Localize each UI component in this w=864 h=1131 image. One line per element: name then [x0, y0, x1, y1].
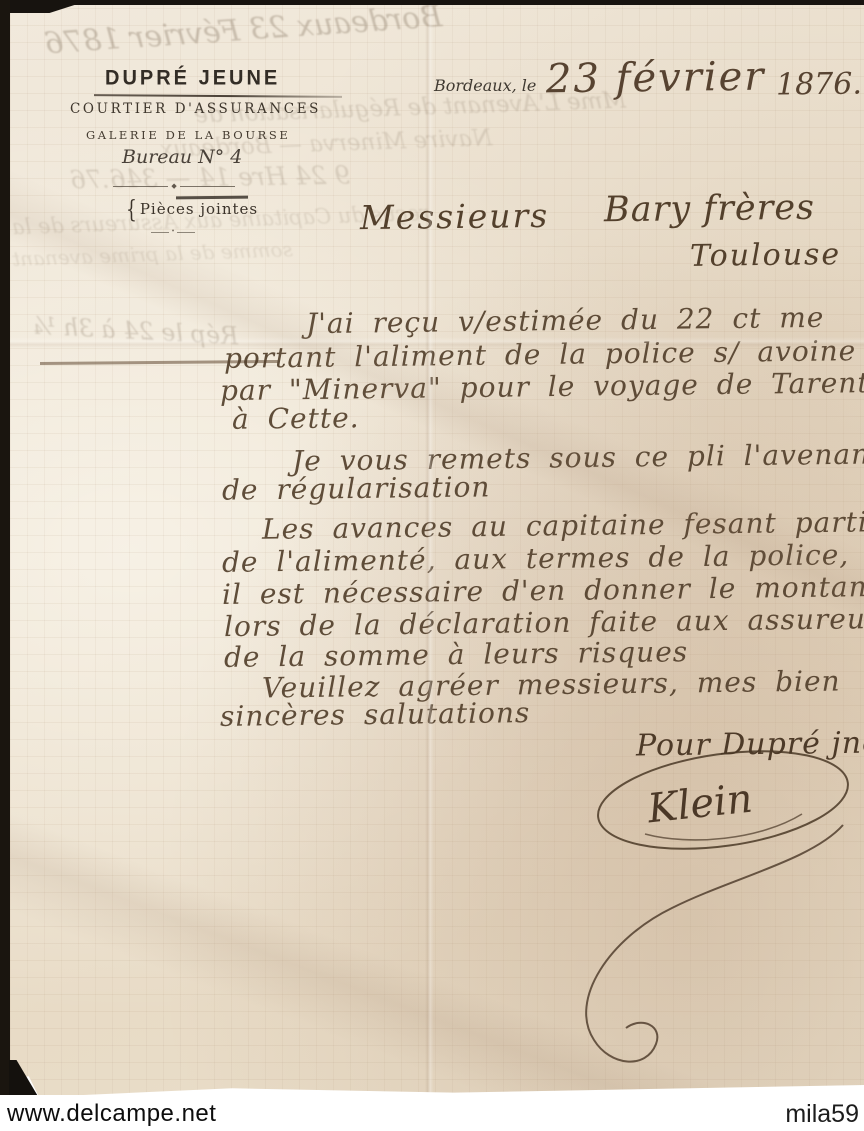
- delcampe-watermark: www.delcampe.net: [7, 1100, 216, 1128]
- body-line: Je vous remets sous ce pli l'avenant: [292, 437, 864, 477]
- letterhead-rule: [94, 94, 342, 98]
- signature-block: Pour Dupré jne Klein: [10, 5, 864, 1097]
- bleedthrough-line: Mme L'Avenant de Régularisation de: [194, 87, 627, 128]
- recipient-salutation: Messieurs: [360, 196, 550, 237]
- body-line: sincères salutations: [220, 696, 531, 733]
- letterhead: DUPRÉ JEUNE COURTIER D'ASSURANCES GALERI…: [10, 5, 864, 1097]
- body-line: de l'alimenté, aux termes de la police,: [222, 538, 850, 579]
- signature-pour-line: Pour Dupré jne: [636, 726, 864, 764]
- scan-edge-top: [0, 0, 864, 5]
- letterhead-ornament: ◆: [113, 184, 235, 189]
- seller-watermark: mila59: [785, 1100, 859, 1129]
- bleedthrough-date: Bordeaux 23 Février 1876: [43, 0, 443, 62]
- letterhead-attachments: {Pièces jointes: [126, 199, 258, 219]
- recipient-block: Messieurs Bary frères Toulouse: [10, 5, 864, 1097]
- signature-name: Klein: [645, 776, 755, 833]
- printed-place-label: Bordeaux, le: [434, 76, 536, 95]
- bleedthrough-margin-note: Rép le 24 à 3h ¼: [31, 312, 239, 351]
- scan-edge-left: [0, 0, 10, 1098]
- letter-paper: Bordeaux 23 Février 1876 Mme L'Avenant d…: [10, 5, 864, 1097]
- body-line: de régularisation: [222, 470, 491, 506]
- letterhead-title: COURTIER D'ASSURANCES: [70, 101, 321, 117]
- body-line: lors de la déclaration faite aux assureu…: [224, 602, 864, 643]
- body-line: de la somme à leurs risques: [224, 635, 689, 674]
- body-line: J'ai reçu v/estimée du 22 ct me: [306, 301, 825, 340]
- signature-flourish: Klein: [550, 738, 864, 1094]
- body-line: Veuillez agréer messieurs, mes bien: [262, 664, 841, 704]
- recipient-city: Toulouse: [690, 237, 842, 274]
- bleedthrough-line: Navire Minerva — Bordeaux: [160, 125, 493, 163]
- handwritten-year: 1876.: [776, 66, 862, 102]
- letterhead-address: GALERIE DE LA BOURSE: [86, 128, 290, 142]
- body-line: portant l'aliment de la police s/ avoine: [224, 334, 857, 375]
- letter-body: J'ai reçu v/estimée du 22 ct me portant …: [10, 5, 864, 1097]
- letterhead-ornament-small: •: [151, 230, 195, 234]
- letterhead-heavy-line: [176, 196, 248, 199]
- recipient-name: Bary frères: [604, 188, 816, 231]
- body-line: il est nécessaire d'en donner le montant: [222, 570, 864, 611]
- scanned-letter: Bordeaux 23 Février 1876 Mme L'Avenant d…: [0, 0, 864, 1131]
- bleedthrough-line: reçus du Capitaine aux Assureurs de la: [12, 201, 431, 240]
- body-line: par "Minerva" pour le voyage de Tarente: [220, 366, 864, 407]
- bleedthrough-line: somme de la prime avenant: [12, 237, 293, 271]
- bleedthrough-layer: Bordeaux 23 Février 1876 Mme L'Avenant d…: [10, 5, 864, 1097]
- body-line: à Cette.: [232, 401, 360, 436]
- dateline: Bordeaux, le 23 février 1876.: [10, 5, 864, 1097]
- handwritten-date: 23 février: [546, 54, 766, 103]
- watermark-strip: www.delcampe.net mila59: [0, 1095, 864, 1131]
- letterhead-name: DUPRÉ JEUNE: [105, 66, 280, 91]
- bleedthrough-line: 9 24 Hre 14 — 346.76: [70, 161, 351, 195]
- bracket-glyph: {: [126, 196, 138, 225]
- margin-underline: [40, 360, 278, 365]
- letterhead-bureau: Bureau N° 4: [122, 146, 242, 168]
- body-line: Les avances au capitaine fesant partie: [262, 505, 864, 546]
